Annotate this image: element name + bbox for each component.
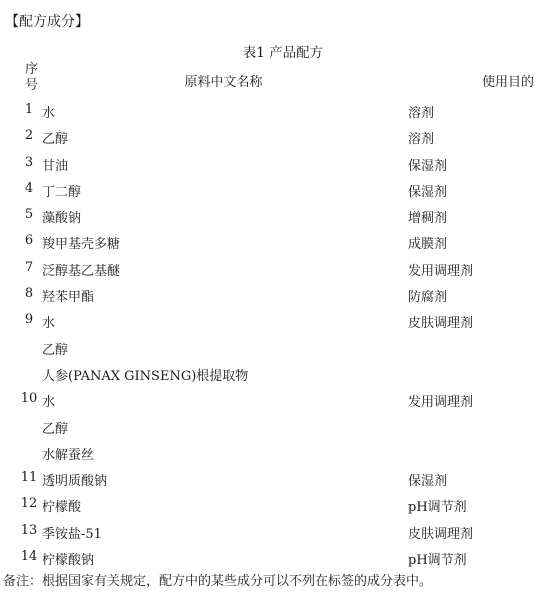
row-serial-number: 6	[14, 233, 44, 248]
table-row: 乙醇	[0, 333, 554, 359]
table-title: 表1 产品配方	[0, 41, 554, 61]
column-header-serial-number: 序号	[25, 62, 40, 94]
row-ingredient-name: 乙醇	[42, 418, 68, 437]
row-usage-purpose: 发用调理剂	[408, 391, 473, 410]
row-ingredient-name: 藻酸钠	[42, 207, 81, 226]
row-ingredient-name: 羟苯甲酯	[42, 286, 94, 305]
column-header-usage-purpose: 使用目的	[408, 71, 534, 90]
row-ingredient-name: 甘油	[42, 155, 68, 174]
row-serial-number: 4	[14, 181, 44, 196]
row-ingredient-name: 水解蚕丝	[42, 444, 94, 463]
row-usage-purpose: 皮肤调理剂	[408, 312, 473, 331]
table-body: 1水溶剂2乙醇溶剂3甘油保湿剂4丁二醇保湿剂5藻酸钠增稠剂6羧甲基壳多糖成膜剂7…	[0, 96, 554, 569]
row-usage-purpose: 溶剂	[408, 102, 434, 121]
row-usage-purpose: 成膜剂	[408, 233, 447, 252]
row-serial-number: 3	[14, 155, 44, 170]
row-ingredient-name: 透明质酸钠	[42, 470, 107, 489]
row-usage-purpose: 增稠剂	[408, 207, 447, 226]
row-serial-number: 13	[14, 523, 44, 538]
row-serial-number: 2	[14, 128, 44, 143]
table-row: 1水溶剂	[0, 96, 554, 122]
table-row: 12柠檬酸pH调节剂	[0, 490, 554, 516]
table-row: 14柠檬酸钠pH调节剂	[0, 543, 554, 569]
row-serial-number: 10	[14, 391, 44, 406]
table-row: 13季铵盐-51皮肤调理剂	[0, 517, 554, 543]
table-row: 8羟苯甲酯防腐剂	[0, 280, 554, 306]
row-ingredient-name: 人参(PANAX GINSENG)根提取物	[42, 365, 248, 384]
row-serial-number: 9	[14, 312, 44, 327]
row-ingredient-name: 乙醇	[42, 128, 68, 147]
row-usage-purpose: 防腐剂	[408, 286, 447, 305]
document-page: 【配方成分】 表1 产品配方 序号 原料中文名称 使用目的 1水溶剂2乙醇溶剂3…	[0, 0, 554, 600]
section-title: 【配方成分】	[5, 11, 89, 31]
row-ingredient-name: 柠檬酸钠	[42, 549, 94, 568]
table-row: 10水发用调理剂	[0, 385, 554, 411]
table-row: 6羧甲基壳多糖成膜剂	[0, 227, 554, 253]
row-ingredient-name: 泛醇基乙基醚	[42, 260, 120, 279]
row-ingredient-name: 水	[42, 102, 55, 121]
table-row: 7泛醇基乙基醚发用调理剂	[0, 254, 554, 280]
row-usage-purpose: pH调节剂	[408, 549, 467, 568]
row-usage-purpose: pH调节剂	[408, 496, 467, 515]
table-row: 5藻酸钠增稠剂	[0, 201, 554, 227]
row-ingredient-name: 乙醇	[42, 339, 68, 358]
row-ingredient-name: 丁二醇	[42, 181, 81, 200]
row-ingredient-name: 柠檬酸	[42, 496, 81, 515]
table-row: 乙醇	[0, 412, 554, 438]
row-usage-purpose: 保湿剂	[408, 181, 447, 200]
table-row: 3甘油保湿剂	[0, 149, 554, 175]
table-row: 4丁二醇保湿剂	[0, 175, 554, 201]
row-serial-number: 14	[14, 549, 44, 564]
row-usage-purpose: 保湿剂	[408, 470, 447, 489]
row-serial-number: 11	[14, 470, 44, 485]
row-ingredient-name: 水	[42, 312, 55, 331]
table-row: 2乙醇溶剂	[0, 122, 554, 148]
table-row: 9水皮肤调理剂	[0, 306, 554, 332]
table-row: 11透明质酸钠保湿剂	[0, 464, 554, 490]
column-header-ingredient-name: 原料中文名称	[42, 71, 405, 90]
row-ingredient-name: 羧甲基壳多糖	[42, 233, 120, 252]
row-serial-number: 8	[14, 286, 44, 301]
table-row: 水解蚕丝	[0, 438, 554, 464]
row-usage-purpose: 保湿剂	[408, 155, 447, 174]
row-serial-number: 7	[14, 260, 44, 275]
row-serial-number: 5	[14, 207, 44, 222]
table-row: 人参(PANAX GINSENG)根提取物	[0, 359, 554, 385]
row-ingredient-name: 季铵盐-51	[42, 523, 102, 542]
row-serial-number: 12	[14, 496, 44, 511]
row-serial-number: 1	[14, 102, 44, 117]
row-usage-purpose: 溶剂	[408, 128, 434, 147]
row-usage-purpose: 皮肤调理剂	[408, 523, 473, 542]
row-usage-purpose: 发用调理剂	[408, 260, 473, 279]
row-ingredient-name: 水	[42, 391, 55, 410]
footnote: 备注：根据国家有关规定，配方中的某些成分可以不列在标签的成分表中。	[3, 570, 553, 589]
